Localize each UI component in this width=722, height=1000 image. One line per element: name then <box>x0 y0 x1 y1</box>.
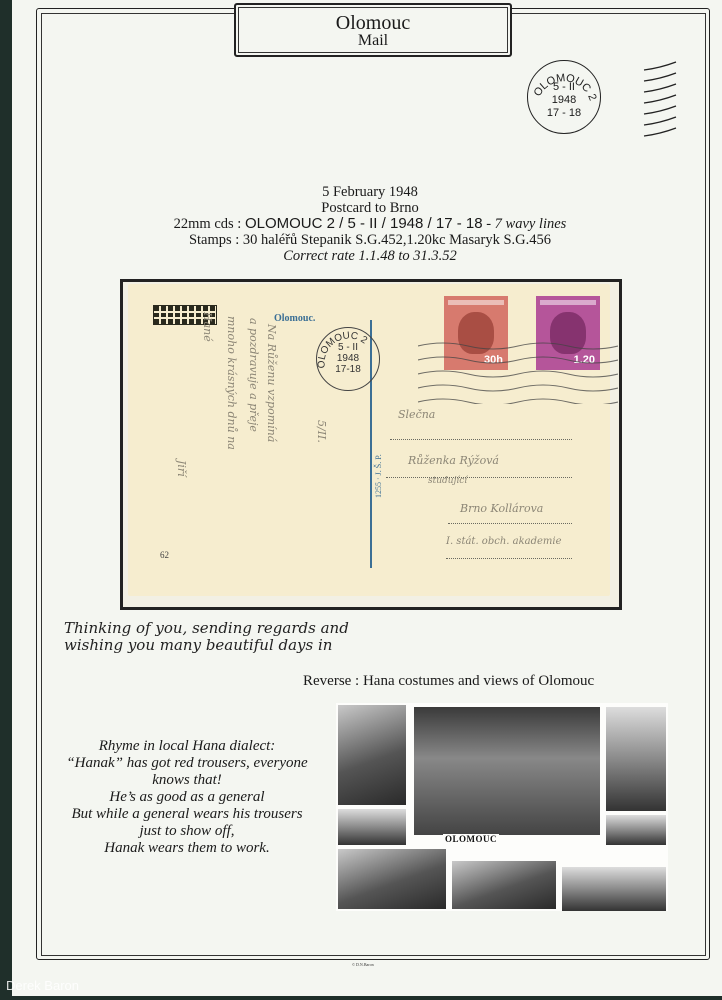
card-number: 62 <box>160 550 169 560</box>
message-translation: Thinking of you, sending regards and wis… <box>64 620 349 654</box>
message-date: 5/II. <box>315 420 328 443</box>
address-line-3: studující <box>428 476 467 486</box>
page-left-edge <box>0 0 12 1000</box>
message-signature: Jiří <box>175 460 188 477</box>
postcard: Olomouc. 1255 · J. Š. P. 62 OLOMOUC 2 5 … <box>128 284 610 596</box>
photo-panorama <box>606 815 666 845</box>
wavy-lines-icon <box>640 60 682 142</box>
title-line-1: Olomouc <box>236 13 510 33</box>
postmark-year: 1948 <box>317 353 379 364</box>
cover-cds: 22mm cds : OLOMOUC 2 / 5 - II / 1948 / 1… <box>100 216 640 232</box>
postmark-date: 5 - II <box>317 342 379 353</box>
cds-text: OLOMOUC 2 / 5 - II / 1948 / 17 - 18 <box>245 215 483 232</box>
photo-hana-costumes <box>414 707 600 835</box>
photo-town-hall <box>606 707 666 811</box>
cds-time: 17 - 18 <box>528 107 600 120</box>
message-line-3: mnoho krásných dnů na <box>225 316 238 450</box>
page-bottom-edge <box>0 996 722 1000</box>
cds-suffix: - 7 wavy lines <box>483 216 567 232</box>
watermark: Derek Baron <box>6 978 79 993</box>
reverse-image-collage: OLOMOUC <box>336 703 668 911</box>
title-line-2: Mail <box>236 33 510 49</box>
cds-year: 1948 <box>528 94 600 107</box>
address-line-5: I. stát. obch. akademie <box>446 536 562 547</box>
rhyme-text: Rhyme in local Hana dialect: “Hanak” has… <box>44 738 330 857</box>
cds-illustration: OLOMOUC 2 5 - II 1948 17 - 18 <box>527 60 601 134</box>
postmark-time: 17-18 <box>317 364 379 375</box>
message-line-2: a pozdravuje a přeje <box>247 318 260 432</box>
photo-building <box>338 809 406 845</box>
reverse-label: OLOMOUC <box>443 834 499 844</box>
cover-date: 5 February 1948 <box>100 184 640 200</box>
page-title: Olomouc Mail <box>234 3 512 57</box>
message-line-1: Na Růženu vzpomíná <box>265 324 278 442</box>
message-line-4: Hané <box>201 312 214 342</box>
address-line-4: Brno Kollárova <box>460 502 543 515</box>
machine-cancel-lines <box>418 324 618 404</box>
cover-stamps: Stamps : 30 haléřů Stepanik S.G.452,1.20… <box>100 232 640 248</box>
cds-date: 5 - II <box>528 81 600 94</box>
photo-cathedral <box>338 705 406 805</box>
photo-square <box>452 861 556 909</box>
photo-street <box>338 849 446 909</box>
printer-mark: 1255 · J. Š. P. <box>374 454 383 498</box>
address-line-1: Slečna <box>398 408 435 421</box>
address-line-2: Růženka Rýžová <box>408 454 499 467</box>
reverse-caption: Reverse : Hana costumes and views of Olo… <box>303 673 594 690</box>
postmark: OLOMOUC 2 5 - II 1948 17-18 <box>316 327 380 391</box>
photo-corner-building <box>562 867 666 911</box>
cover-rate: Correct rate 1.1.48 to 31.3.52 <box>283 248 456 264</box>
printed-city: Olomouc. <box>274 313 315 324</box>
cover-type: Postcard to Brno <box>100 200 640 216</box>
cover-description: 5 February 1948 Postcard to Brno 22mm cd… <box>100 184 640 264</box>
copyright: © D.N.Baron <box>352 962 374 967</box>
